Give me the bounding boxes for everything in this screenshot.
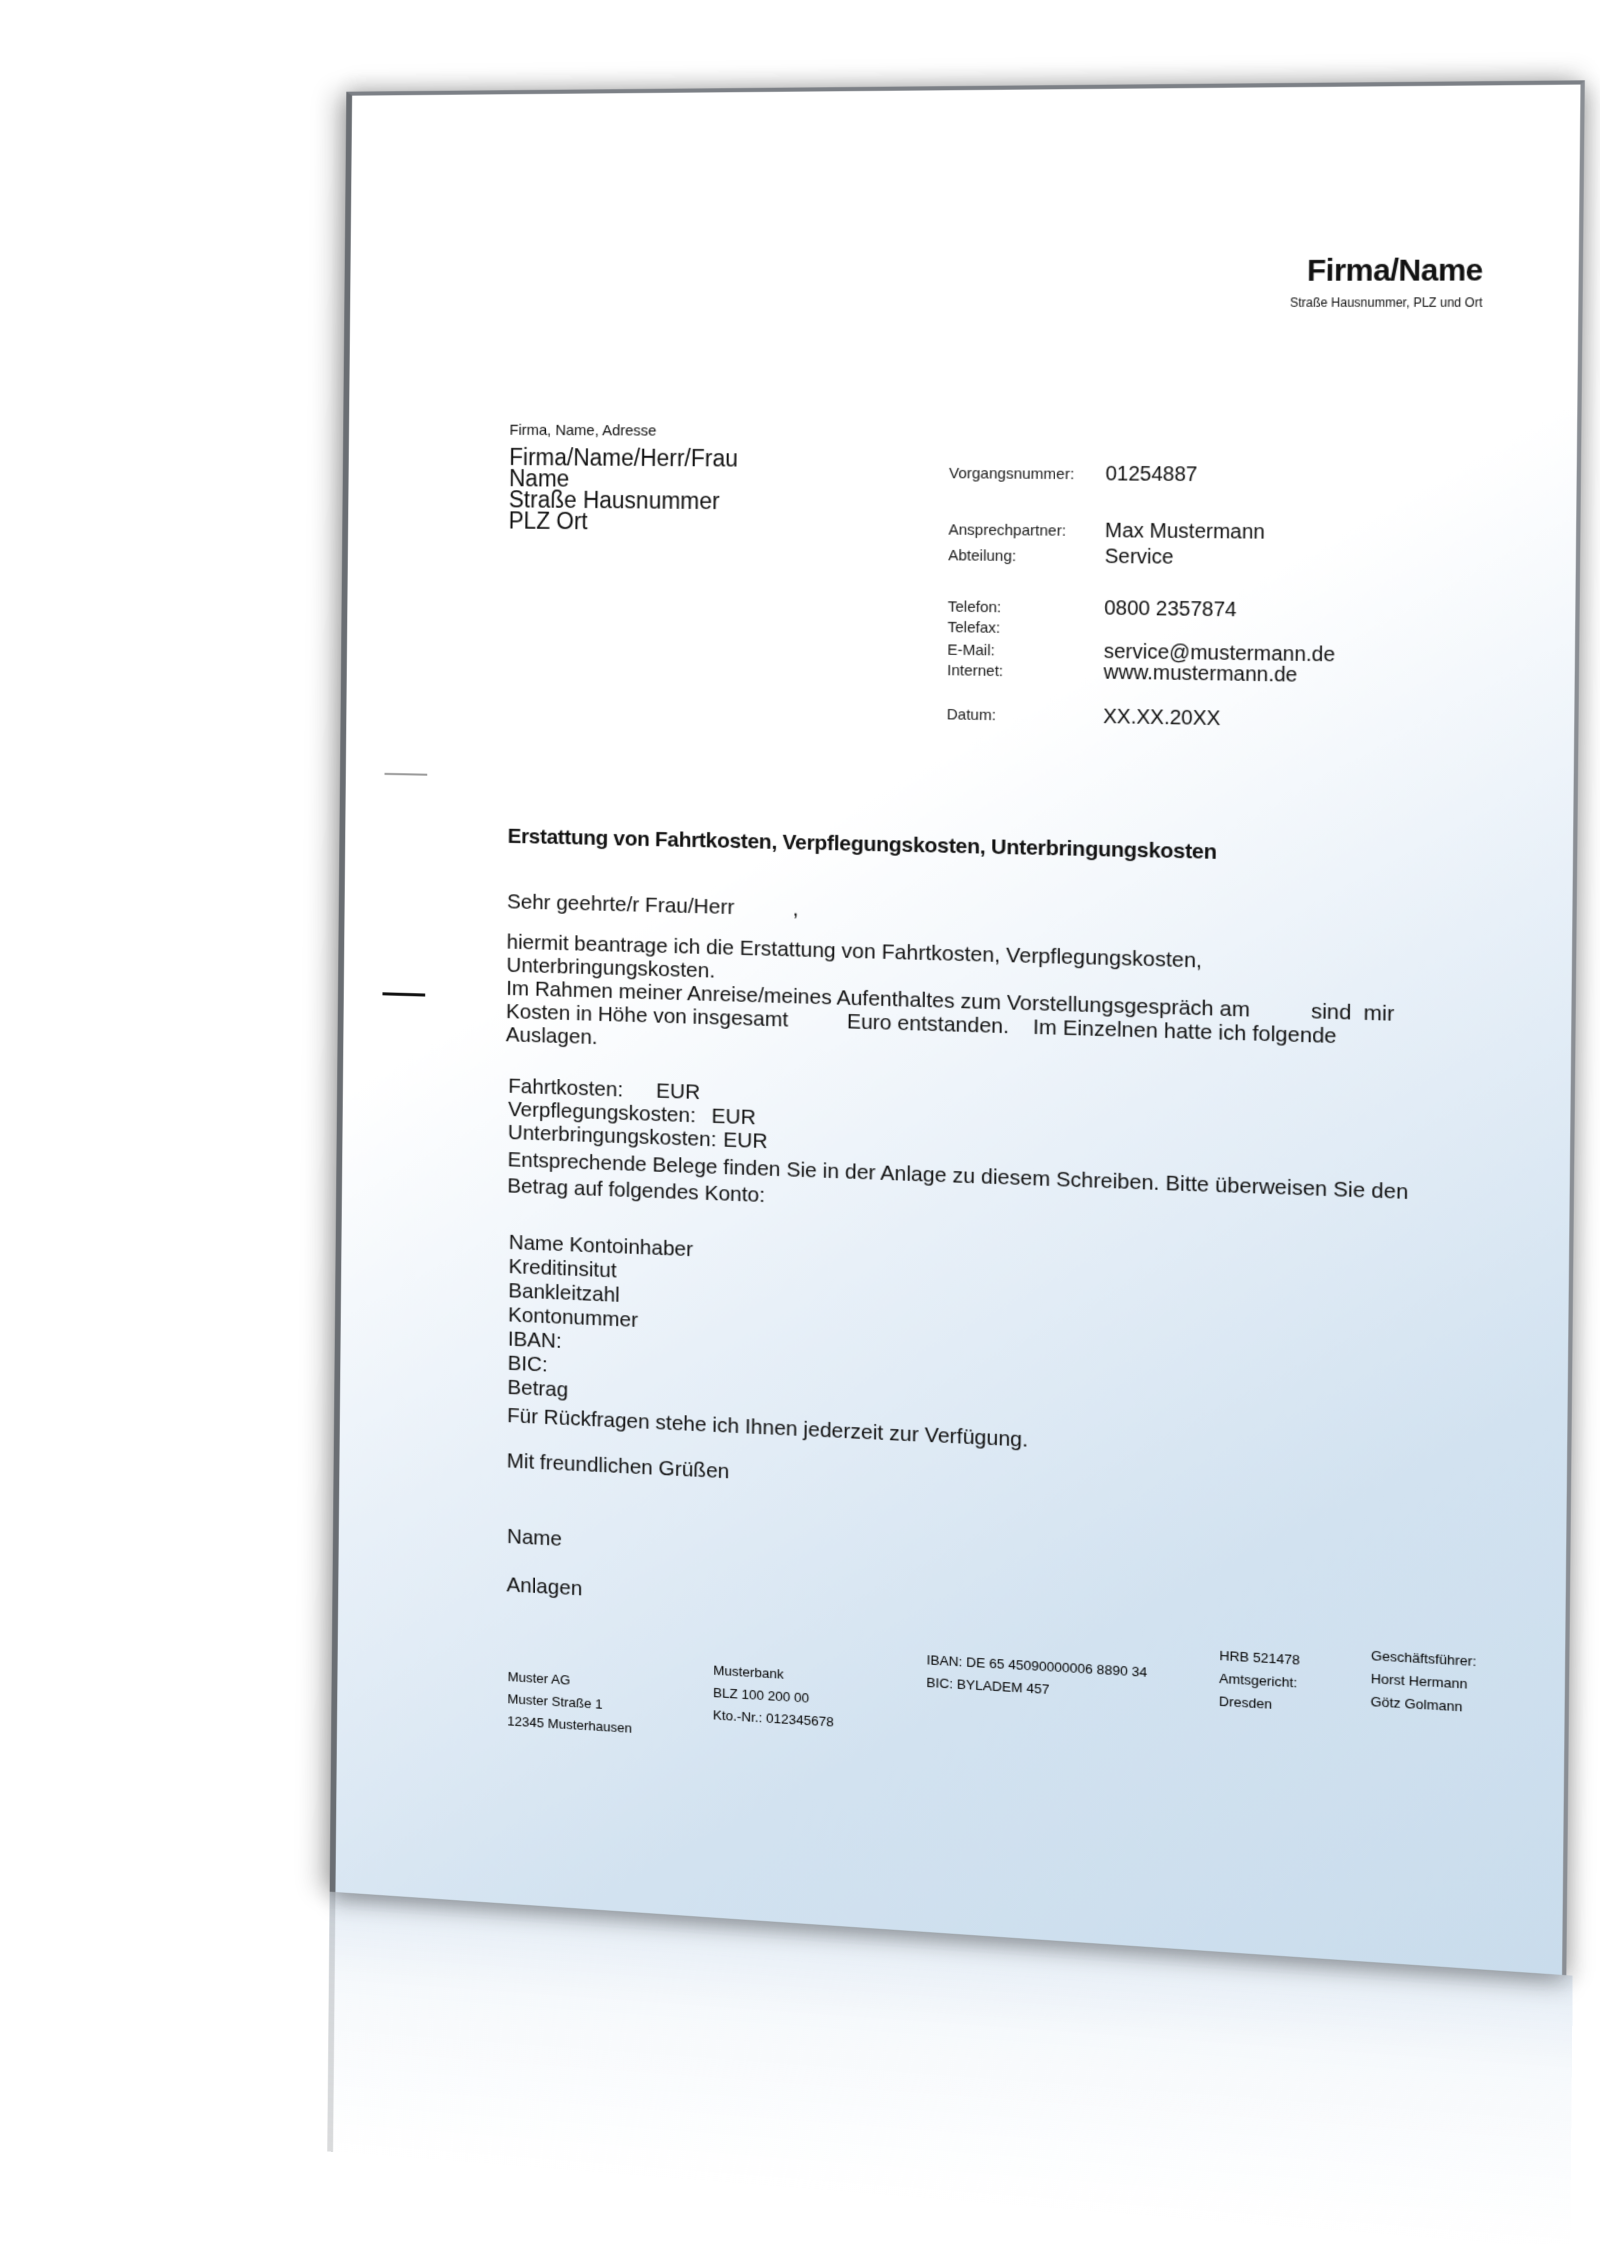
sender-return-line: Firma, Name, Adresse (509, 422, 656, 440)
closing-greeting: Mit freundlichen Grüßen (507, 1449, 730, 1484)
letterhead-company-name: Firma/Name (1307, 253, 1483, 289)
info-label: Ansprechpartner: (948, 521, 1066, 540)
info-label: E-Mail: (947, 641, 995, 659)
letter-salutation: Sehr geehrte/r Frau/Herr , (507, 890, 799, 922)
recipient-address: Firma/Name/Herr/Frau Name Straße Hausnum… (509, 447, 739, 534)
info-value: 0800 2357874 (1104, 597, 1237, 622)
attachments-label: Anlagen (506, 1573, 582, 1601)
info-label: Internet: (947, 662, 1003, 680)
info-label: Telefon: (948, 598, 1002, 616)
cost-currency: EUR (723, 1128, 768, 1153)
cost-list: Fahrtkosten: EUR Verpflegungskosten: EUR… (508, 1075, 509, 1144)
footer-line: Götz Golmann (1370, 1690, 1476, 1719)
fold-mark (385, 773, 428, 776)
bank-details-list: Name Kontoinhaber Kreditinsitut Bankleit… (507, 1231, 693, 1409)
info-value: www.mustermann.de (1103, 661, 1297, 688)
cost-currency: EUR (656, 1079, 700, 1104)
footer-management: Geschäftsführer: Horst Hermann Götz Golm… (1370, 1645, 1476, 1720)
info-label: Datum: (947, 706, 996, 724)
info-value: XX.XX.20XX (1103, 705, 1221, 731)
info-value: Service (1105, 545, 1174, 569)
footer-address: Muster AG Muster Straße 1 12345 Musterha… (507, 1666, 632, 1740)
letter-body: hiermit beantrage ich die Erstattung von… (506, 930, 1395, 1074)
signature-name: Name (507, 1525, 562, 1552)
footer-line: Dresden (1219, 1690, 1300, 1717)
info-value: Max Mustermann (1105, 520, 1265, 545)
inquiry-sentence: Für Rückfragen stehe ich Ihnen jederzeit… (507, 1404, 1028, 1453)
footer-register: HRB 521478 Amtsgericht: Dresden (1219, 1645, 1300, 1718)
info-label: Telefax: (947, 619, 1000, 637)
info-label: Abteilung: (948, 547, 1016, 565)
letterhead-company-address: Straße Hausnummer, PLZ und Ort (1290, 295, 1483, 310)
info-label: Vorgangsnummer: (949, 465, 1074, 483)
punch-mark (382, 992, 425, 996)
info-value: 01254887 (1105, 463, 1197, 487)
receipts-paragraph: Entsprechende Belege finden Sie in der A… (507, 1147, 1408, 1233)
letter-page-wrapper: Firma/Name Straße Hausnummer, PLZ und Or… (330, 80, 1585, 1975)
footer-bank: Musterbank BLZ 100 200 00 Kto.-Nr.: 0123… (713, 1659, 835, 1733)
letter-page: Firma/Name Straße Hausnummer, PLZ und Or… (330, 80, 1585, 1975)
document-preview: Firma/Name Straße Hausnummer, PLZ und Or… (0, 0, 1600, 2100)
letter-subject: Erstattung von Fahrtkosten, Verpflegungs… (508, 825, 1217, 865)
footer-iban-bic: IBAN: DE 65 45090000006 8890 34 BIC: BYL… (926, 1649, 1147, 1707)
cost-currency: EUR (711, 1105, 755, 1130)
